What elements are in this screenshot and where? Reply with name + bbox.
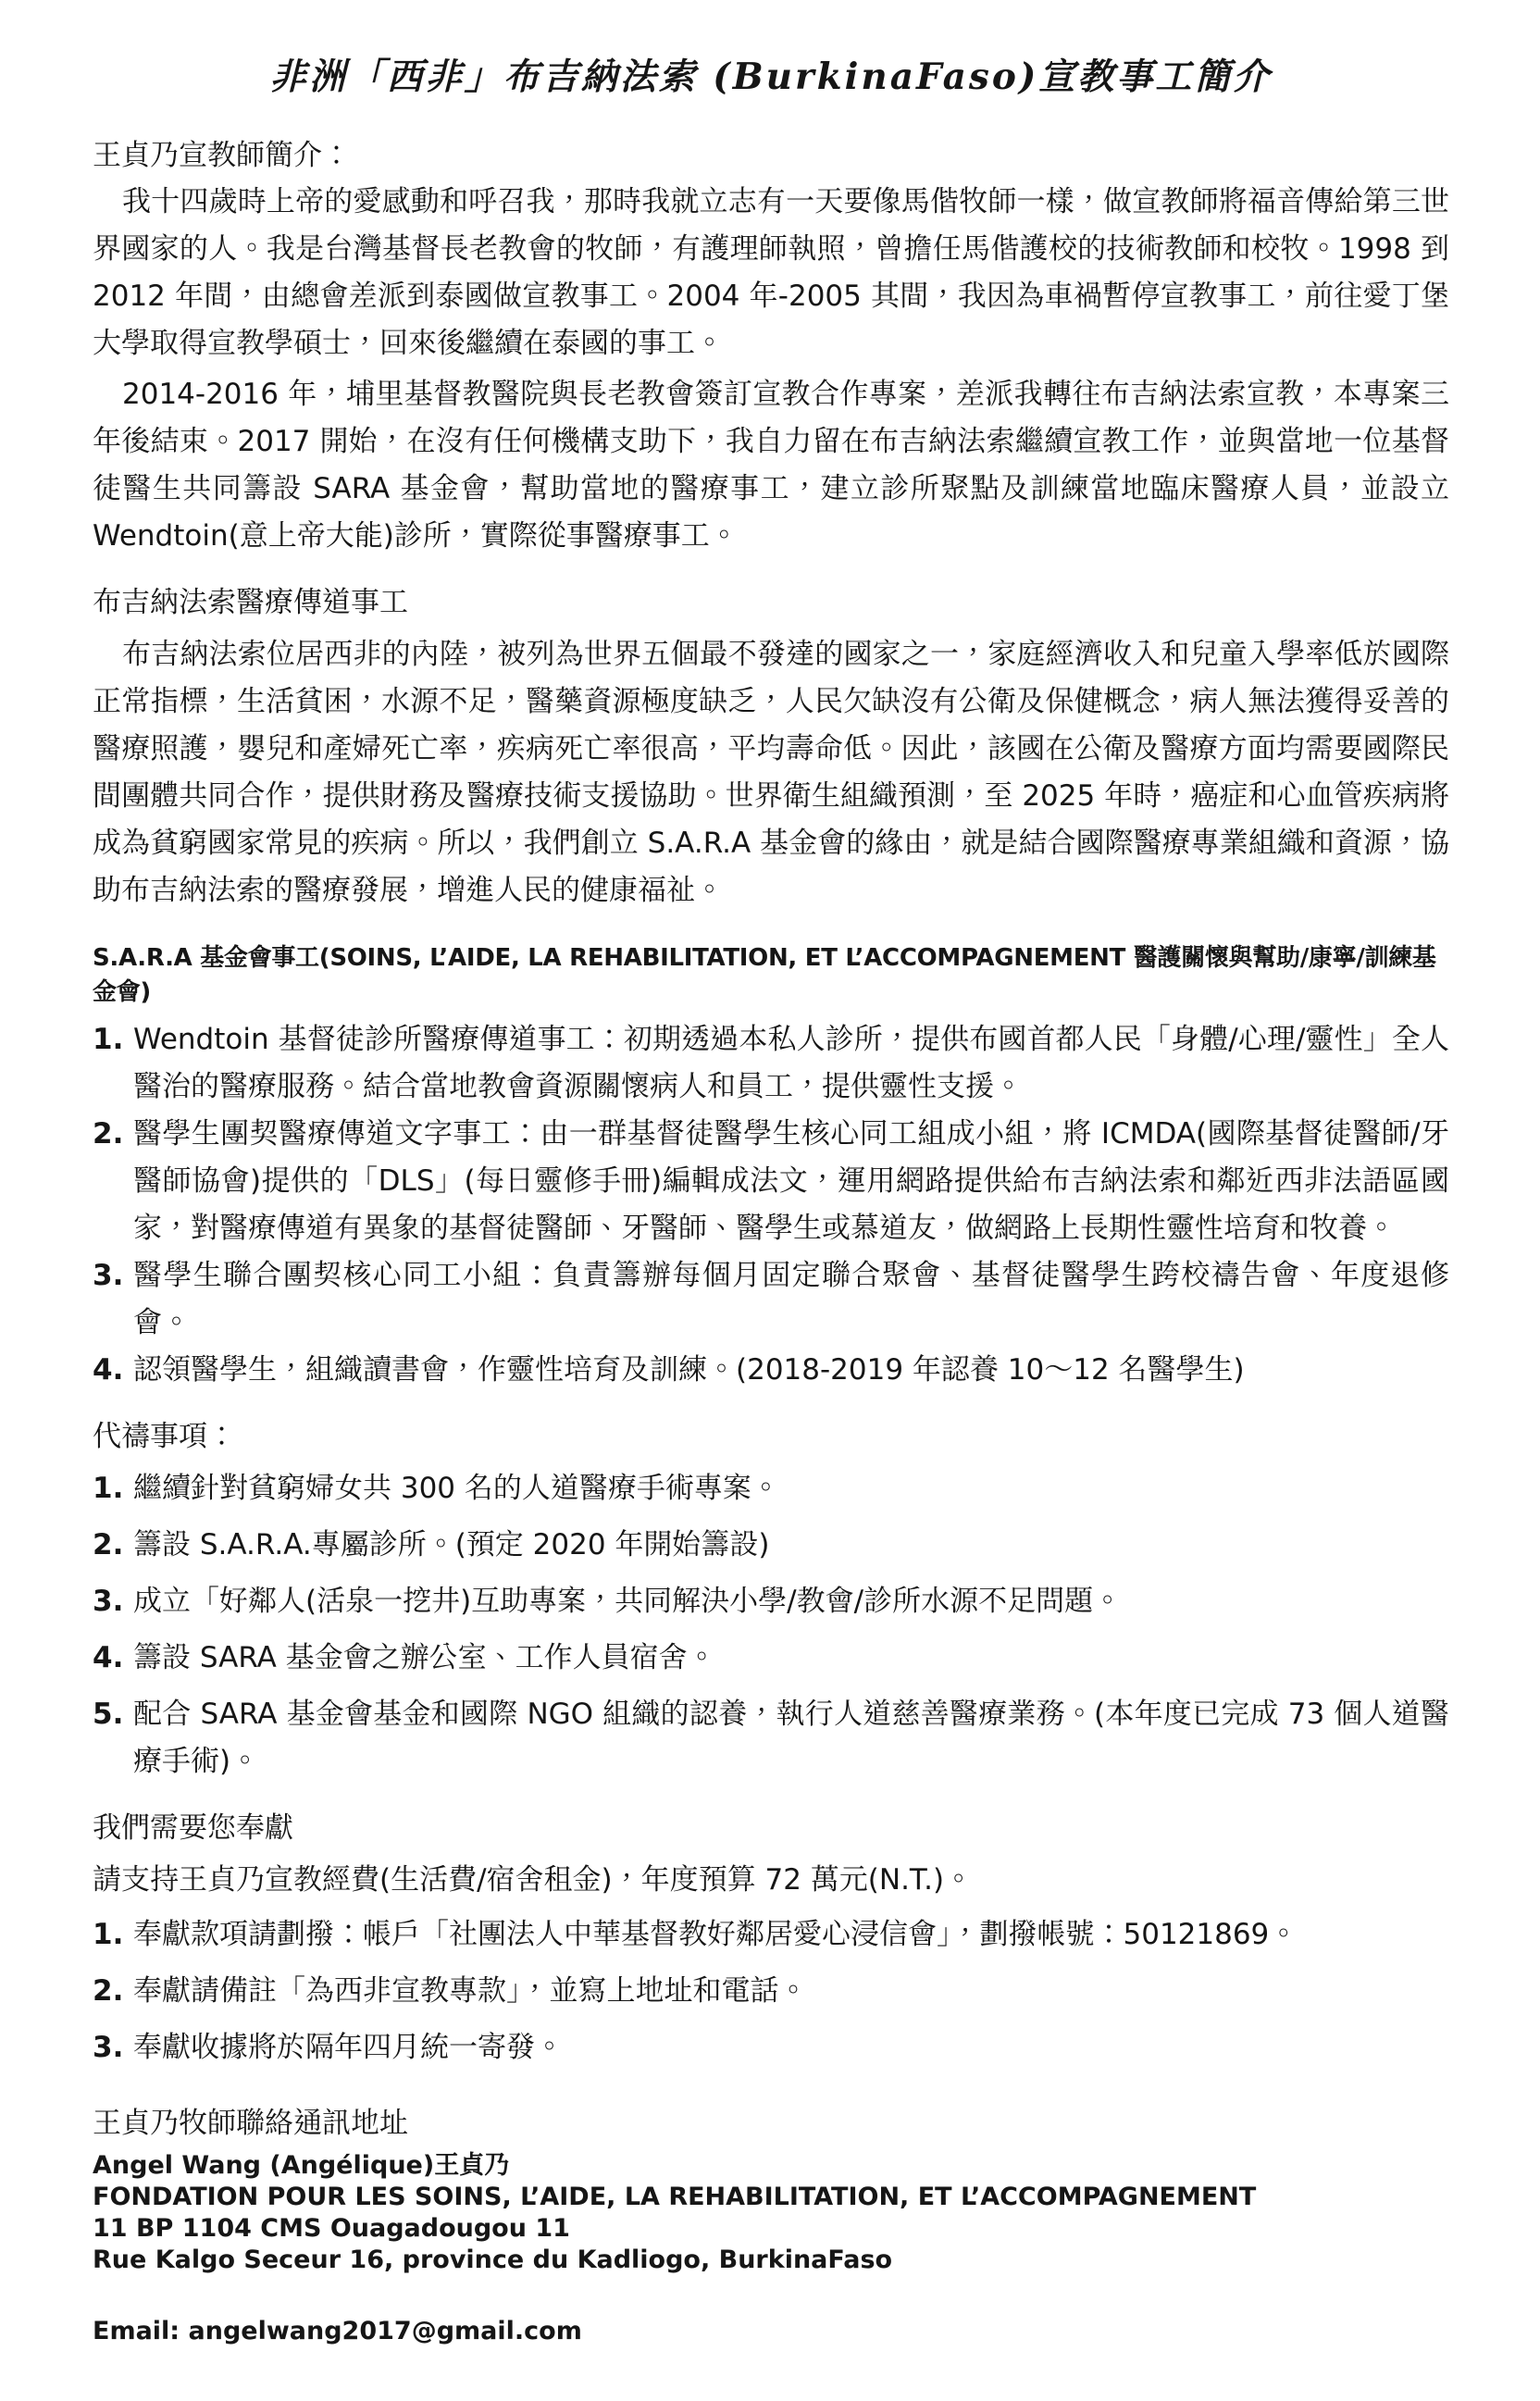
item-text: 配合 SARA 基金會基金和國際 NGO 組織的認養，執行人道慈善醫療業務。(本… [133,1691,1449,1785]
item-text: 成立「好鄰人(活泉一挖井)互助專案，共同解決小學/教會/診所水源不足問題。 [133,1578,1449,1625]
item-number: 4. [93,1347,133,1394]
donation-heading: 我們需要您奉獻 [93,1804,1449,1846]
document-page: 非洲「西非」布吉納法索 (BurkinaFaso)宣教事工簡介 王貞乃宣教師簡介… [0,0,1540,2401]
sara-heading: S.A.R.A 基金會事工(SOINS, L’AIDE, LA REHABILI… [93,939,1449,1007]
item-text: 繼續針對貧窮婦女共 300 名的人道醫療手術專案。 [133,1465,1449,1512]
item-number: 2. [93,1968,133,2015]
intro-heading: 王貞乃宣教師簡介： [93,131,1449,173]
list-item: 3. 成立「好鄰人(活泉一挖井)互助專案，共同解決小學/教會/診所水源不足問題。 [93,1578,1449,1625]
item-number: 1. [93,1016,133,1111]
donation-intro: 請支持王貞乃宣教經費(生活費/宿舍租金)，年度預算 72 萬元(N.T.)。 [93,1857,1449,1904]
item-number: 1. [93,1465,133,1512]
prayer-heading: 代禱事項： [93,1412,1449,1454]
item-text: 籌設 SARA 基金會之辦公室、工作人員宿舍。 [133,1635,1449,1682]
donation-list: 1. 奉獻款項請劃撥：帳戶「社團法人中華基督教好鄰居愛心浸信會」，劃撥帳號：50… [93,1911,1449,2071]
item-number: 2. [93,1522,133,1569]
intro-paragraph-2: 2014-2016 年，埔里基督教醫院與長老教會簽訂宣教合作專案，差派我轉往布吉… [93,371,1449,560]
item-number: 3. [93,1252,133,1347]
medical-paragraph: 布吉納法索位居西非的內陸，被列為世界五個最不發達的國家之一，家庭經濟收入和兒童入… [93,631,1449,914]
list-item: 1. 繼續針對貧窮婦女共 300 名的人道醫療手術專案。 [93,1465,1449,1512]
contact-email: Email: angelwang2017@gmail.com [93,2317,1449,2345]
item-number: 4. [93,1635,133,1682]
prayer-list: 1. 繼續針對貧窮婦女共 300 名的人道醫療手術專案。 2. 籌設 S.A.R… [93,1465,1449,1785]
item-number: 1. [93,1911,133,1959]
item-text: 籌設 S.A.R.A.專屬診所。(預定 2020 年開始籌設) [133,1522,1449,1569]
item-text: 醫學生團契醫療傳道文字事工：由一群基督徒醫學生核心同工組成小組，將 ICMDA(… [133,1111,1449,1252]
medical-heading: 布吉納法索醫療傳道事工 [93,578,1449,620]
list-item: 1. Wendtoin 基督徒診所醫療傳道事工：初期透過本私人診所，提供布國首都… [93,1016,1449,1111]
contact-name-line: Angel Wang (Angélique)王貞乃 [93,2150,1449,2182]
list-item: 1. 奉獻款項請劃撥：帳戶「社團法人中華基督教好鄰居愛心浸信會」，劃撥帳號：50… [93,1911,1449,1959]
item-number: 3. [93,2024,133,2071]
item-text: 奉獻款項請劃撥：帳戶「社團法人中華基督教好鄰居愛心浸信會」，劃撥帳號：50121… [133,1911,1449,1959]
intro-paragraph-1: 我十四歲時上帝的愛感動和呼召我，那時我就立志有一天要像馬偕牧師一樣，做宣教師將福… [93,179,1449,367]
section-medical-mission: 布吉納法索醫療傳道事工 布吉納法索位居西非的內陸，被列為世界五個最不發達的國家之… [93,578,1449,914]
section-prayer-items: 代禱事項： 1. 繼續針對貧窮婦女共 300 名的人道醫療手術專案。 2. 籌設… [93,1412,1449,1785]
list-item: 2. 籌設 S.A.R.A.專屬診所。(預定 2020 年開始籌設) [93,1522,1449,1569]
section-missionary-intro: 王貞乃宣教師簡介： 我十四歲時上帝的愛感動和呼召我，那時我就立志有一天要像馬偕牧… [93,131,1449,560]
item-number: 2. [93,1111,133,1252]
item-text: 醫學生聯合團契核心同工小組：負責籌辦每個月固定聯合聚會、基督徒醫學生跨校禱告會、… [133,1252,1449,1347]
item-number: 3. [93,1578,133,1625]
contact-po-box-line: 11 BP 1104 CMS Ouagadougou 11 [93,2213,1449,2245]
section-contact: 王貞乃牧師聯絡通訊地址 Angel Wang (Angélique)王貞乃 FO… [93,2099,1449,2345]
list-item: 5. 配合 SARA 基金會基金和國際 NGO 組織的認養，執行人道慈善醫療業務… [93,1691,1449,1785]
contact-street-line: Rue Kalgo Seceur 16, province du Kadliog… [93,2245,1449,2276]
section-sara-foundation: S.A.R.A 基金會事工(SOINS, L’AIDE, LA REHABILI… [93,939,1449,1394]
item-text: 奉獻請備註「為西非宣教專款」，並寫上地址和電話。 [133,1968,1449,2015]
contact-heading: 王貞乃牧師聯絡通訊地址 [93,2099,1449,2141]
document-title: 非洲「西非」布吉納法索 (BurkinaFaso)宣教事工簡介 [93,48,1449,100]
item-number: 5. [93,1691,133,1785]
list-item: 3. 奉獻收據將於隔年四月統一寄發。 [93,2024,1449,2071]
item-text: Wendtoin 基督徒診所醫療傳道事工：初期透過本私人診所，提供布國首都人民「… [133,1016,1449,1111]
list-item: 4. 認領醫學生，組織讀書會，作靈性培育及訓練。(2018-2019 年認養 1… [93,1347,1449,1394]
item-text: 奉獻收據將於隔年四月統一寄發。 [133,2024,1449,2071]
list-item: 4. 籌設 SARA 基金會之辦公室、工作人員宿舍。 [93,1635,1449,1682]
contact-foundation-line: FONDATION POUR LES SOINS, L’AIDE, LA REH… [93,2182,1449,2213]
list-item: 2. 醫學生團契醫療傳道文字事工：由一群基督徒醫學生核心同工組成小組，將 ICM… [93,1111,1449,1252]
item-text: 認領醫學生，組織讀書會，作靈性培育及訓練。(2018-2019 年認養 10～1… [133,1347,1449,1394]
section-donation: 我們需要您奉獻 請支持王貞乃宣教經費(生活費/宿舍租金)，年度預算 72 萬元(… [93,1804,1449,2071]
sara-list: 1. Wendtoin 基督徒診所醫療傳道事工：初期透過本私人診所，提供布國首都… [93,1016,1449,1394]
list-item: 3. 醫學生聯合團契核心同工小組：負責籌辦每個月固定聯合聚會、基督徒醫學生跨校禱… [93,1252,1449,1347]
list-item: 2. 奉獻請備註「為西非宣教專款」，並寫上地址和電話。 [93,1968,1449,2015]
